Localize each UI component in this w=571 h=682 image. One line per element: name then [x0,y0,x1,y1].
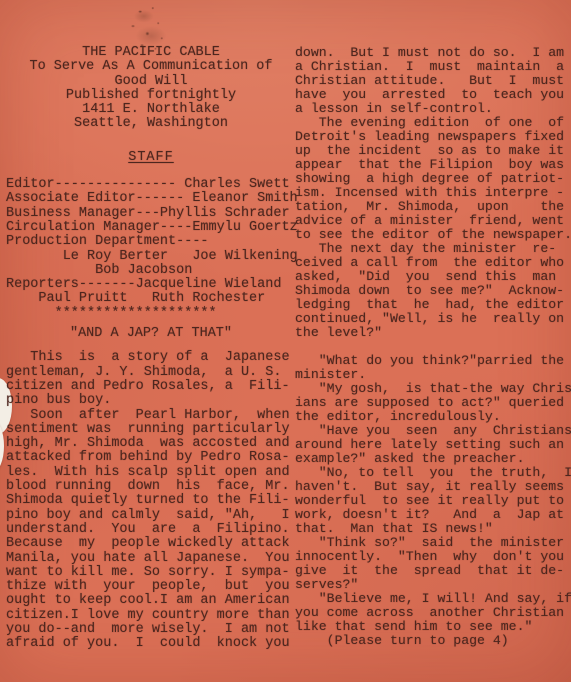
newsletter-page: THE PACIFIC CABLE To Serve As A Communic… [0,0,571,682]
staff-heading-row: STAFF [6,147,296,165]
staff-list: Editor--------------- Charles Swett Asso… [6,178,296,321]
right-column: down. But I must not do so. I am a Chris… [295,46,567,648]
article-text-right: down. But I must not do so. I am a Chris… [295,46,567,648]
article-title: "AND A JAP? AT THAT" [6,327,296,341]
staff-heading: STAFF [128,150,174,165]
left-column: THE PACIFIC CABLE To Serve As A Communic… [6,46,296,652]
masthead: THE PACIFIC CABLE To Serve As A Communic… [6,46,296,132]
article-text-left: This is a story of a Japanese gentleman,… [6,351,296,651]
